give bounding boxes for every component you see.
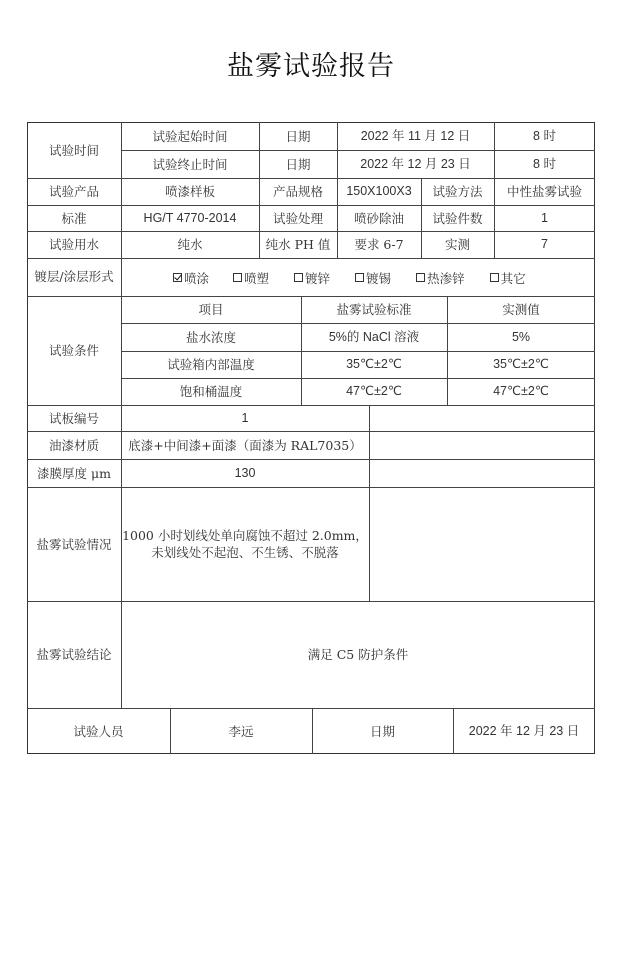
checkbox-icon[interactable]	[416, 273, 425, 282]
coating-option-spray[interactable]: 喷涂	[173, 269, 209, 287]
thickness-value: 130	[121, 459, 369, 487]
water-label: 试验用水	[27, 231, 121, 258]
checkbox-icon[interactable]	[294, 273, 303, 282]
condition-item: 饱和桶温度	[121, 378, 301, 405]
end-hour-value: 8 时	[494, 150, 595, 178]
conditions-label: 试验条件	[27, 296, 121, 405]
coating-option-zinc[interactable]: 镀锌	[294, 269, 330, 287]
coating-options: 喷涂 喷塑 镀锌 镀锡 热渗锌 其它	[121, 260, 595, 295]
end-date-value: 2022 年 12 月 23 日	[337, 150, 494, 178]
product-label: 试验产品	[27, 178, 121, 205]
condition-measured: 47℃±2℃	[447, 378, 595, 405]
measured-label: 实测	[421, 231, 494, 258]
start-date-label: 日期	[259, 122, 337, 150]
situation-label: 盐雾试验情况	[27, 487, 121, 601]
spec-value: 150X100X3	[337, 178, 421, 205]
conditions-header-item: 项目	[121, 296, 301, 323]
start-hour-value: 8 时	[494, 122, 595, 150]
paint-value: 底漆+中间漆+面漆（面漆为 RAL7035）	[121, 431, 369, 459]
start-time-label: 试验起始时间	[121, 122, 259, 150]
situation-line-1: 1000 小时划线处单向腐蚀不超过 2.0mm，	[122, 527, 368, 544]
standard-label: 标准	[27, 205, 121, 231]
tester-name: 李远	[170, 708, 312, 754]
condition-measured: 35℃±2℃	[447, 351, 595, 378]
checkbox-icon[interactable]	[355, 273, 364, 282]
end-date-label: 日期	[259, 150, 337, 178]
situation-value: 1000 小时划线处单向腐蚀不超过 2.0mm， 未划线处不起泡、不生锈、不脱落	[121, 487, 369, 601]
condition-standard: 5%的 NaCl 溶液	[301, 323, 447, 351]
test-time-label: 试验时间	[27, 122, 121, 178]
condition-item: 试验箱内部温度	[121, 351, 301, 378]
conditions-header-standard: 盐雾试验标准	[301, 296, 447, 323]
treatment-value: 喷砂除油	[337, 205, 421, 231]
report-title: 盐雾试验报告	[0, 44, 622, 83]
panel-no-label: 试板编号	[27, 405, 121, 431]
ph-required: 要求 6-7	[337, 231, 421, 258]
method-value: 中性盐雾试验	[494, 178, 595, 205]
checkbox-icon[interactable]	[233, 273, 242, 282]
paint-label: 油漆材质	[27, 431, 121, 459]
water-value: 纯水	[121, 231, 259, 258]
conclusion-label: 盐雾试验结论	[27, 601, 121, 708]
condition-measured: 5%	[447, 323, 595, 351]
ph-label: 纯水 PH 值	[259, 231, 337, 258]
spec-label: 产品规格	[259, 178, 337, 205]
panel-no-value: 1	[121, 405, 369, 431]
situation-line-2: 未划线处不起泡、不生锈、不脱落	[151, 544, 339, 561]
coating-label: 镀层/涂层形式	[33, 258, 115, 296]
condition-standard: 35℃±2℃	[301, 351, 447, 378]
condition-item: 盐水浓度	[121, 323, 301, 351]
thickness-label: 漆膜厚度 μm	[27, 459, 121, 487]
treatment-label: 试验处理	[259, 205, 337, 231]
count-label: 试验件数	[421, 205, 494, 231]
footer-date-label: 日期	[312, 708, 453, 754]
divider	[369, 405, 370, 601]
product-value: 喷漆样板	[121, 178, 259, 205]
standard-value: HG/T 4770-2014	[121, 205, 259, 231]
coating-option-other[interactable]: 其它	[490, 269, 526, 287]
coating-option-sherardize[interactable]: 热渗锌	[416, 269, 465, 287]
conditions-header-measured: 实测值	[447, 296, 595, 323]
start-date-value: 2022 年 11 月 12 日	[337, 122, 494, 150]
condition-standard: 47℃±2℃	[301, 378, 447, 405]
checkbox-checked-icon[interactable]	[173, 273, 182, 282]
footer-date-value: 2022 年 12 月 23 日	[453, 708, 595, 754]
checkbox-icon[interactable]	[490, 273, 499, 282]
coating-option-tin[interactable]: 镀锡	[355, 269, 391, 287]
coating-option-powder[interactable]: 喷塑	[233, 269, 269, 287]
tester-label: 试验人员	[27, 708, 170, 754]
count-value: 1	[494, 205, 595, 231]
end-time-label: 试验终止时间	[121, 150, 259, 178]
method-label: 试验方法	[421, 178, 494, 205]
conclusion-value: 满足 C5 防护条件	[121, 601, 595, 708]
measured-value: 7	[494, 231, 595, 258]
